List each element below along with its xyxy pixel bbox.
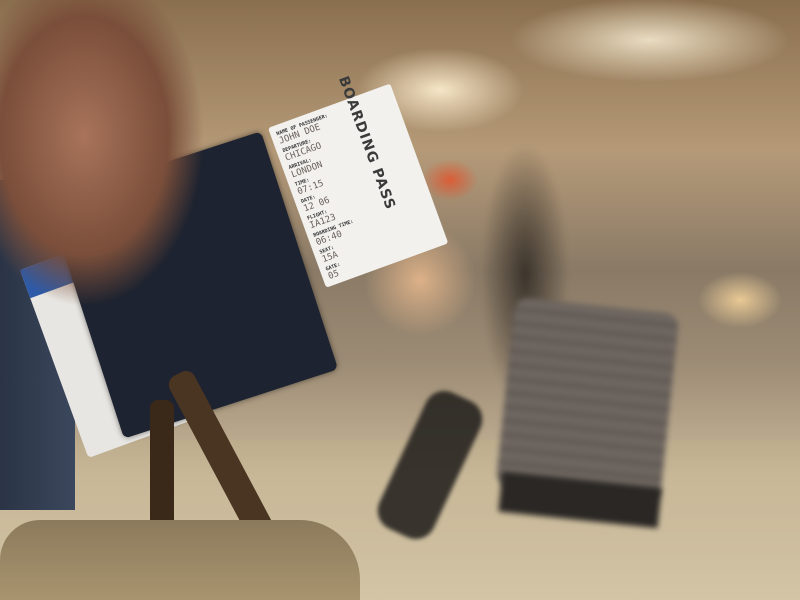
bag — [0, 520, 360, 600]
hand — [0, 0, 210, 340]
suitcase — [496, 297, 680, 503]
